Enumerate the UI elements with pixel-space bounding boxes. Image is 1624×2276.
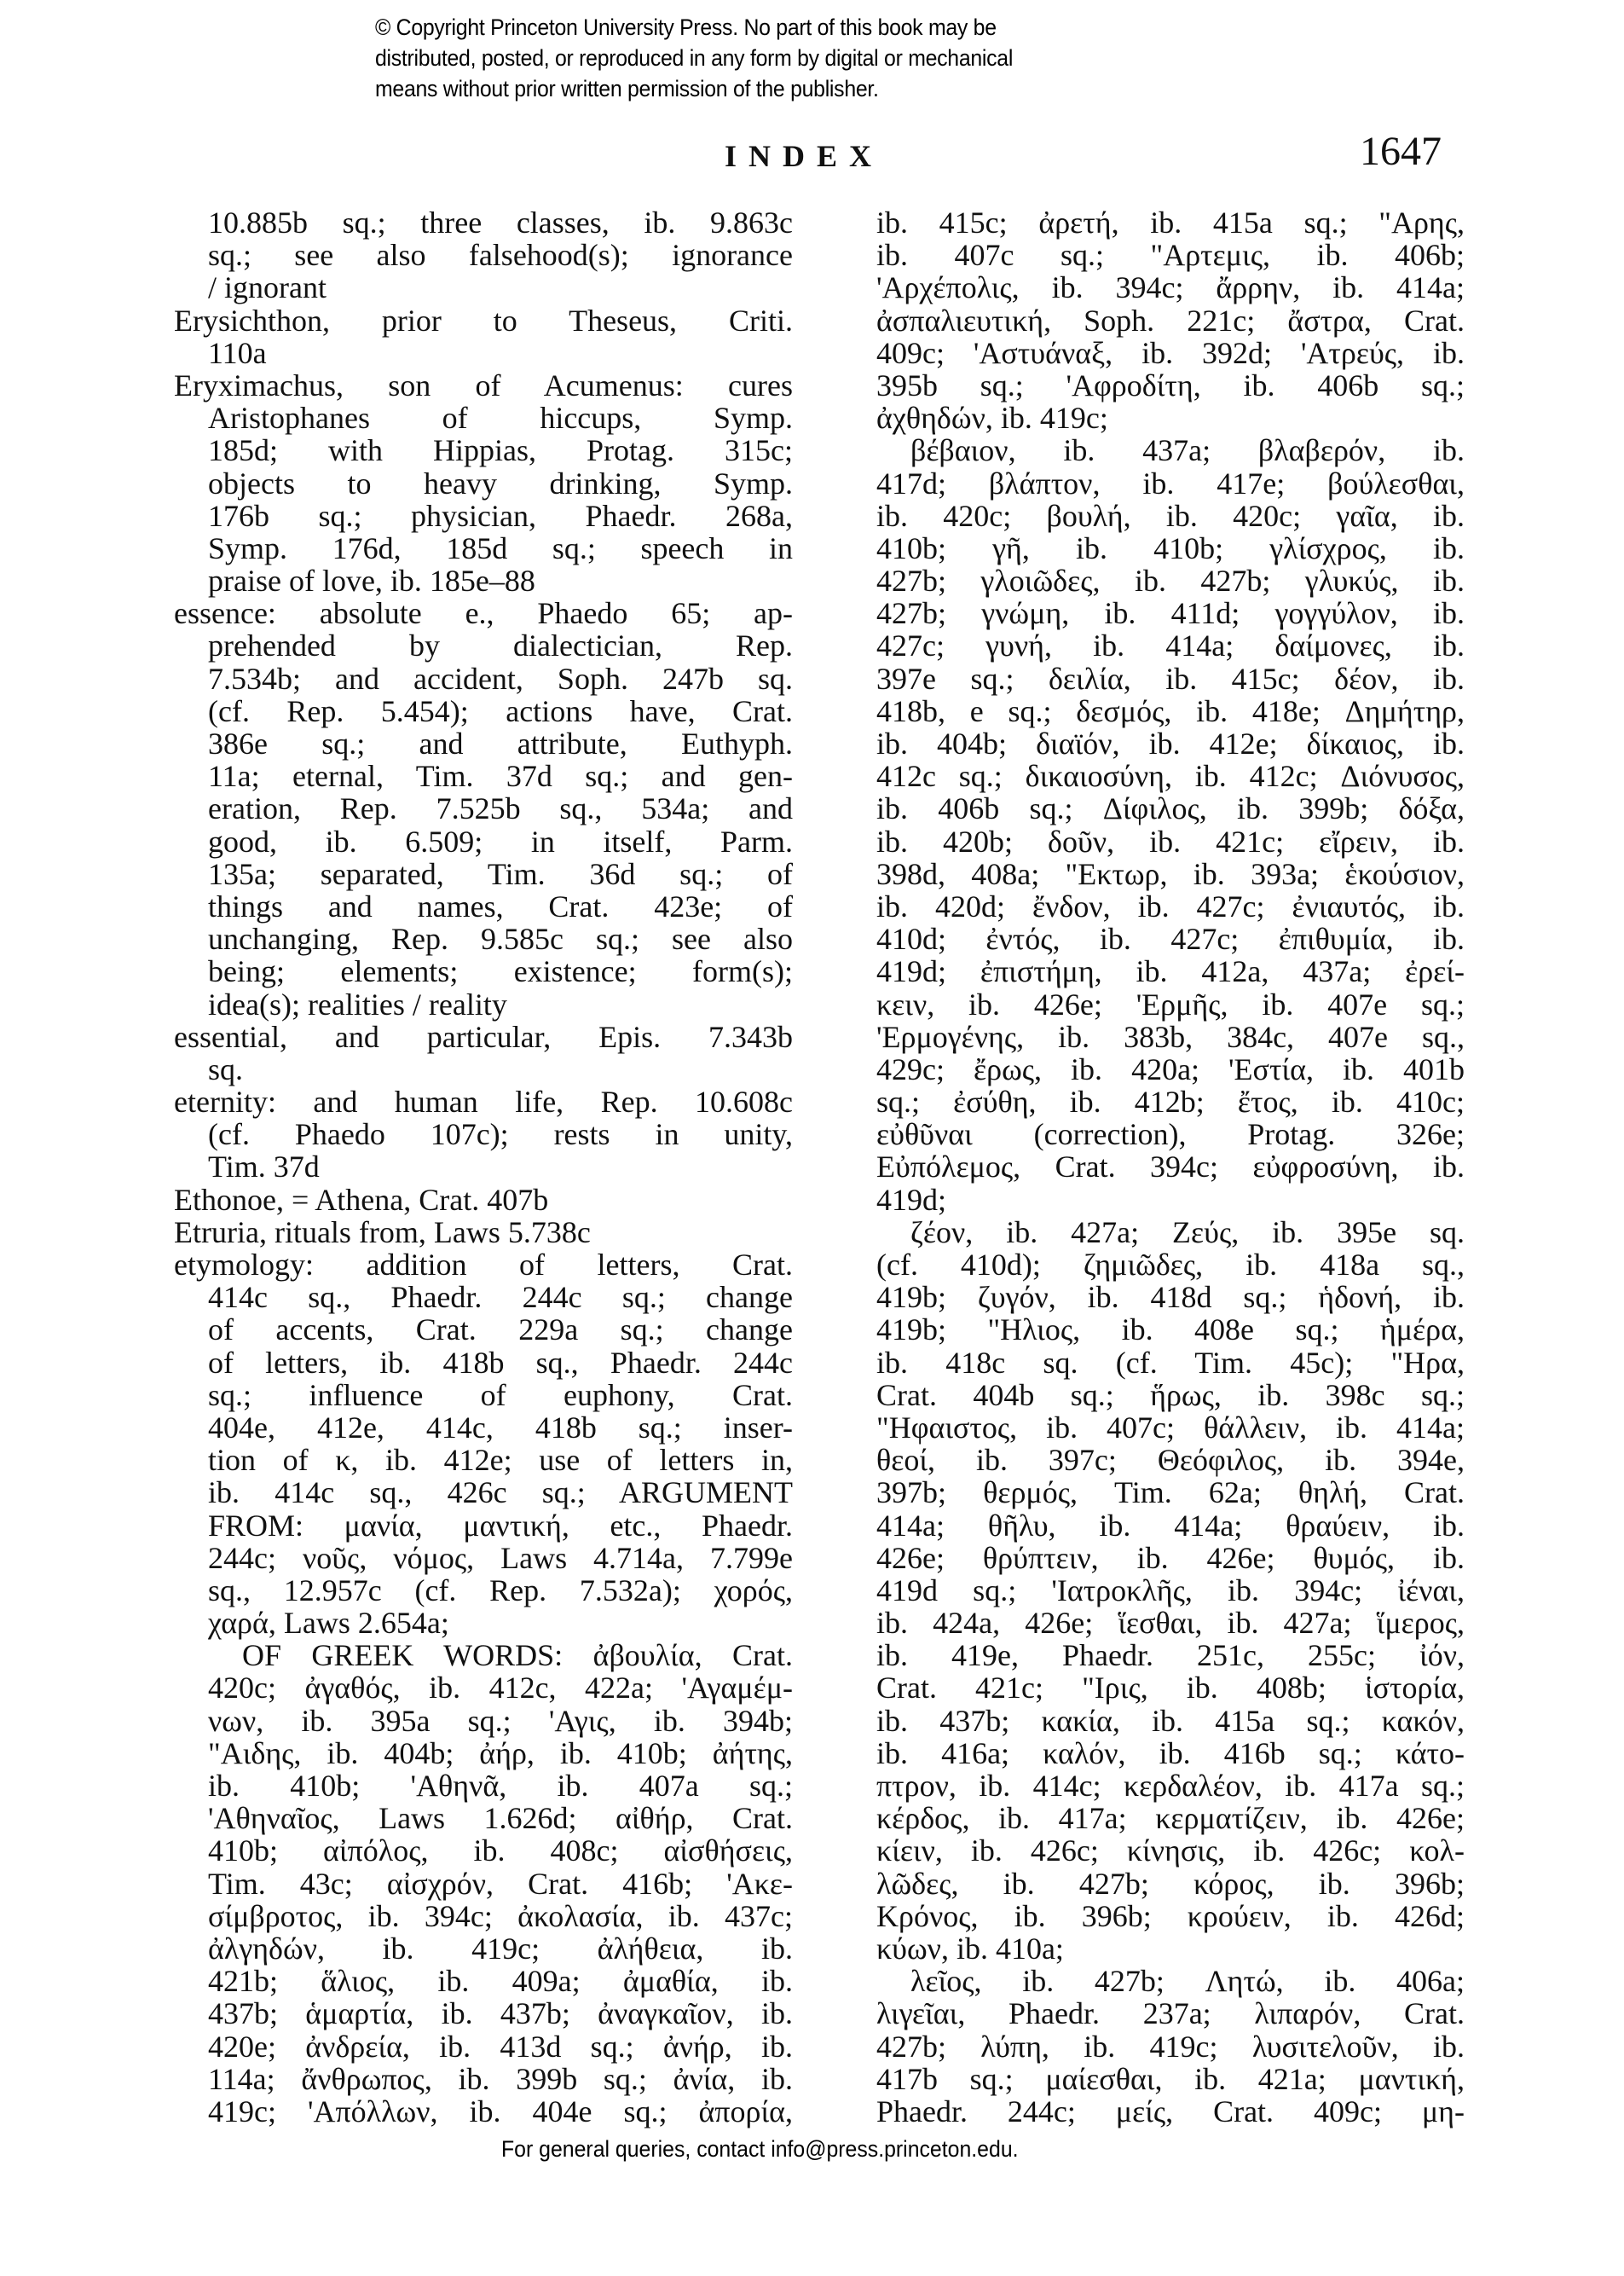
index-line: ib. 437b; κακία, ib. 415a sq.; κακόν, [876,1705,1465,1737]
index-line: 419d sq.; 'Ιατροκλῆς, ib. 394c; ἰέναι, [876,1574,1465,1607]
index-line: unchanging, Rep. 9.585c sq.; see also [174,923,793,955]
index-line: 114a; ἄνθρωπος, ib. 399b sq.; ἀνία, ib. [174,2063,793,2095]
index-line: of accents, Crat. 229a sq.; change [174,1313,793,1346]
index-line: Eryximachus, son of Acumenus: cures [174,369,793,402]
index-line: 'Ερμογένης, ib. 383b, 384c, 407e sq., [876,1021,1465,1053]
index-line: θεοί, ib. 397c; Θεόφιλος, ib. 394e, [876,1444,1465,1476]
index-line: 419b; "Ηλιος, ib. 408e sq.; ἡμέρα, [876,1313,1465,1346]
index-column-right: ib. 415c; ἀρετή, ib. 415a sq.; "Αρης,ib.… [876,206,1465,2128]
index-line: ib. 407c sq.; "Αρτεμις, ib. 406b; [876,239,1465,271]
copyright-line: distributed, posted, or reproduced in an… [375,43,1128,73]
index-line: βέβαιον, ib. 437a; βλαβερόν, ib. [876,434,1465,466]
index-line: κίειν, ib. 426c; κίνησις, ib. 426c; κολ- [876,1834,1465,1867]
footer-notice: For general queries, contact info@press.… [501,2136,1019,2163]
copyright-line: © Copyright Princeton University Press. … [375,12,1128,43]
index-line: 427b; γνώμη, ib. 411d; γογγύλον, ib. [876,597,1465,629]
index-line: 397b; θερμός, Tim. 62a; θηλή, Crat. [876,1476,1465,1509]
index-line: ib. 406b sq.; Δίφιλος, ib. 399b; δόξα, [876,792,1465,825]
index-line: etymology: addition of letters, Crat. [174,1248,793,1281]
index-line: Tim. 43c; αἰσχρόν, Crat. 416b; 'Ακε- [174,1868,793,1900]
index-line: 414a; θῆλυ, ib. 414a; θραύειν, ib. [876,1509,1465,1542]
index-line: 398d, 408a; "Εκτωρ, ib. 393a; ἑκούσιον, [876,858,1465,890]
index-line: ἀχθηδών, ib. 419c; [876,402,1465,434]
index-line: 427b; γλοιῶδες, ib. 427b; γλυκύς, ib. [876,565,1465,597]
index-line: (cf. Rep. 5.454); actions have, Crat. [174,695,793,727]
index-line: 419b; ζυγόν, ib. 418d sq.; ἡδονή, ib. [876,1281,1465,1313]
index-line: ib. 415c; ἀρετή, ib. 415a sq.; "Αρης, [876,206,1465,239]
index-line: ib. 410b; 'Αθηνᾶ, ib. 407a sq.; [174,1769,793,1802]
index-line: ib. 404b; διαϊόν, ib. 412e; δίκαιος, ib. [876,727,1465,760]
running-head: INDEX 1647 [0,128,1624,179]
index-line: ib. 414c sq., 426c sq.; ARGUMENT [174,1476,793,1509]
index-line: 429c; ἔρως, ib. 420a; 'Εστία, ib. 401b [876,1053,1465,1086]
index-line: prehended by dialectician, Rep. [174,629,793,662]
index-line: ib. 420c; βουλή, ib. 420c; γαῖα, ib. [876,500,1465,532]
index-line: being; elements; existence; form(s); [174,955,793,987]
index-line: 417b sq.; μαίεσθαι, ib. 421a; μαντική, [876,2063,1465,2095]
index-line: 110a [174,337,793,369]
index-line: Κρόνος, ib. 396b; κρούειν, ib. 426d; [876,1900,1465,1932]
index-line: Crat. 404b sq.; ἥρως, ib. 398c sq.; [876,1379,1465,1411]
index-line: 'Αθηναῖος, Laws 1.626d; αἰθήρ, Crat. [174,1802,793,1834]
index-line: Crat. 421c; "Ιρις, ib. 408b; ἱστορία, [876,1671,1465,1704]
index-line: sq., 12.957c (cf. Rep. 7.532a); χορός, [174,1574,793,1607]
index-line: 419c; 'Απόλλων, ib. 404e sq.; ἀπορία, [174,2095,793,2128]
copyright-notice: © Copyright Princeton University Press. … [375,12,1128,104]
index-line: Erysichthon, prior to Theseus, Criti. [174,304,793,337]
index-line: 395b sq.; 'Αφροδίτη, ib. 406b sq.; [876,369,1465,402]
index-line: things and names, Crat. 423e; of [174,890,793,923]
index-line: ἀσπαλιευτική, Soph. 221c; ἄστρα, Crat. [876,304,1465,337]
index-line: 421b; ἅλιος, ib. 409a; ἀμαθία, ib. [174,1965,793,1997]
index-line: κειν, ib. 426e; 'Ερμῆς, ib. 407e sq.; [876,988,1465,1021]
index-line: Etruria, rituals from, Laws 5.738c [174,1216,793,1248]
index-line: of letters, ib. 418b sq., Phaedr. 244c [174,1346,793,1379]
index-line: "Αιδης, ib. 404b; ἀήρ, ib. 410b; ἀήτης, [174,1737,793,1769]
index-line: (cf. Phaedo 107c); rests in unity, [174,1118,793,1150]
index-line: sq. [174,1053,793,1086]
index-line: 185d; with Hippias, Protag. 315c; [174,434,793,466]
index-line: 10.885b sq.; three classes, ib. 9.863c [174,206,793,239]
index-line: (cf. 410d); ζημιῶδες, ib. 418a sq., [876,1248,1465,1281]
index-line: 7.534b; and accident, Soph. 247b sq. [174,663,793,695]
index-line: 397e sq.; δειλία, ib. 415c; δέον, ib. [876,663,1465,695]
index-line: 410b; γῆ, ib. 410b; γλίσχρος, ib. [876,532,1465,565]
index-line: λιγεῖαι, Phaedr. 237a; λιπαρόν, Crat. [876,1997,1465,2030]
index-line: sq.; see also falsehood(s); ignorance [174,239,793,271]
index-line: ἀλγηδών, ib. 419c; ἀλήθεια, ib. [174,1932,793,1965]
index-line: 404e, 412e, 414c, 418b sq.; inser- [174,1411,793,1444]
index-line: 417d; βλάπτον, ib. 417e; βούλεσθαι, [876,467,1465,500]
index-line: 409c; 'Αστυάναξ, ib. 392d; 'Ατρεύς, ib. [876,337,1465,369]
index-line: Phaedr. 244c; μείς, Crat. 409c; μη- [876,2095,1465,2128]
index-line: eration, Rep. 7.525b sq., 534a; and [174,792,793,825]
index-line: λῶδες, ib. 427b; κόρος, ib. 396b; [876,1868,1465,1900]
index-line: FROM: μανία, μαντική, etc., Phaedr. [174,1509,793,1542]
page-title: INDEX [725,138,883,174]
index-line: 410d; ἐντός, ib. 427c; ἐπιθυμία, ib. [876,923,1465,955]
index-line: 410b; αἰπόλος, ib. 408c; αἰσθήσεις, [174,1834,793,1867]
index-line: essential, and particular, Epis. 7.343b [174,1021,793,1053]
index-line: Tim. 37d [174,1150,793,1183]
index-line: idea(s); realities / reality [174,988,793,1021]
index-line: Ethonoe, = Athena, Crat. 407b [174,1184,793,1216]
index-line: "Ηφαιστος, ib. 407c; θάλλειν, ib. 414a; [876,1411,1465,1444]
index-line: 176b sq.; physician, Phaedr. 268a, [174,500,793,532]
index-line: 244c; νοῦς, νόμος, Laws 4.714a, 7.799e [174,1542,793,1574]
index-line: σίμβροτος, ib. 394c; ἀκολασία, ib. 437c; [174,1900,793,1932]
index-line: tion of κ, ib. 412e; use of letters in, [174,1444,793,1476]
index-line: sq.; ἐσύθη, ib. 412b; ἔτος, ib. 410c; [876,1086,1465,1118]
index-line: 420e; ἀνδρεία, ib. 413d sq.; ἀνήρ, ib. [174,2030,793,2063]
index-line: ib. 420b; δοῦν, ib. 421c; εἴρειν, ib. [876,825,1465,858]
index-line: ib. 419e, Phaedr. 251c, 255c; ἰόν, [876,1639,1465,1671]
index-column-left: 10.885b sq.; three classes, ib. 9.863csq… [174,206,793,2128]
index-line: 419d; [876,1184,1465,1216]
index-line: νων, ib. 395a sq.; 'Αγις, ib. 394b; [174,1705,793,1737]
index-line: 418b, e sq.; δεσμός, ib. 418e; Δημήτηρ, [876,695,1465,727]
index-line: ib. 424a, 426e; ἵεσθαι, ib. 427a; ἵμερος… [876,1607,1465,1639]
index-line: εὐθῦναι (correction), Protag. 326e; [876,1118,1465,1150]
index-line: ib. 416a; καλόν, ib. 416b sq.; κάτο- [876,1737,1465,1769]
index-line: / ignorant [174,271,793,304]
copyright-line: means without prior written permission o… [375,73,1128,104]
index-line: essence: absolute e., Phaedo 65; ap- [174,597,793,629]
index-line: eternity: and human life, Rep. 10.608c [174,1086,793,1118]
index-line: objects to heavy drinking, Symp. [174,467,793,500]
index-line: κύων, ib. 410a; [876,1932,1465,1965]
index-line: ζέον, ib. 427a; Ζεύς, ib. 395e sq. [876,1216,1465,1248]
index-line: κέρδος, ib. 417a; κερματίζειν, ib. 426e; [876,1802,1465,1834]
index-line: 420c; ἀγαθός, ib. 412c, 422a; 'Αγαμέμ- [174,1671,793,1704]
index-line: 'Αρχέπολις, ib. 394c; ἄρρην, ib. 414a; [876,271,1465,304]
index-line: 427c; γυνή, ib. 414a; δαίμονες, ib. [876,629,1465,662]
index-line: 412c sq.; δικαιοσύνη, ib. 412c; Διόνυσος… [876,760,1465,792]
index-line: 11a; eternal, Tim. 37d sq.; and gen- [174,760,793,792]
index-line: OF GREEK WORDS: ἀβουλία, Crat. [174,1639,793,1671]
index-line: ib. 418c sq. (cf. Tim. 45c); "Ηρα, [876,1346,1465,1379]
index-line: sq.; influence of euphony, Crat. [174,1379,793,1411]
index-line: good, ib. 6.509; in itself, Parm. [174,825,793,858]
index-line: 414c sq., Phaedr. 244c sq.; change [174,1281,793,1313]
index-line: 419d; ἐπιστήμη, ib. 412a, 437a; ἐρεί- [876,955,1465,987]
index-line: 426e; θρύπτειν, ib. 426e; θυμός, ib. [876,1542,1465,1574]
index-line: χαρά, Laws 2.654a; [174,1607,793,1639]
index-line: praise of love, ib. 185e–88 [174,565,793,597]
index-line: ib. 420d; ἔνδον, ib. 427c; ἐνιαυτός, ib. [876,890,1465,923]
index-line: 386e sq.; and attribute, Euthyph. [174,727,793,760]
index-line: Aristophanes of hiccups, Symp. [174,402,793,434]
index-line: Εὐπόλεμος, Crat. 394c; εὐφροσύνη, ib. [876,1150,1465,1183]
index-line: λεῖος, ib. 427b; Λητώ, ib. 406a; [876,1965,1465,1997]
page-number: 1647 [1360,128,1442,175]
index-line: 427b; λύπη, ib. 419c; λυσιτελοῦν, ib. [876,2030,1465,2063]
index-line: 437b; ἁμαρτία, ib. 437b; ἀναγκαῖον, ib. [174,1997,793,2030]
index-line: Symp. 176d, 185d sq.; speech in [174,532,793,565]
index-line: 135a; separated, Tim. 36d sq.; of [174,858,793,890]
index-line: πτρον, ib. 414c; κερδαλέον, ib. 417a sq.… [876,1769,1465,1802]
